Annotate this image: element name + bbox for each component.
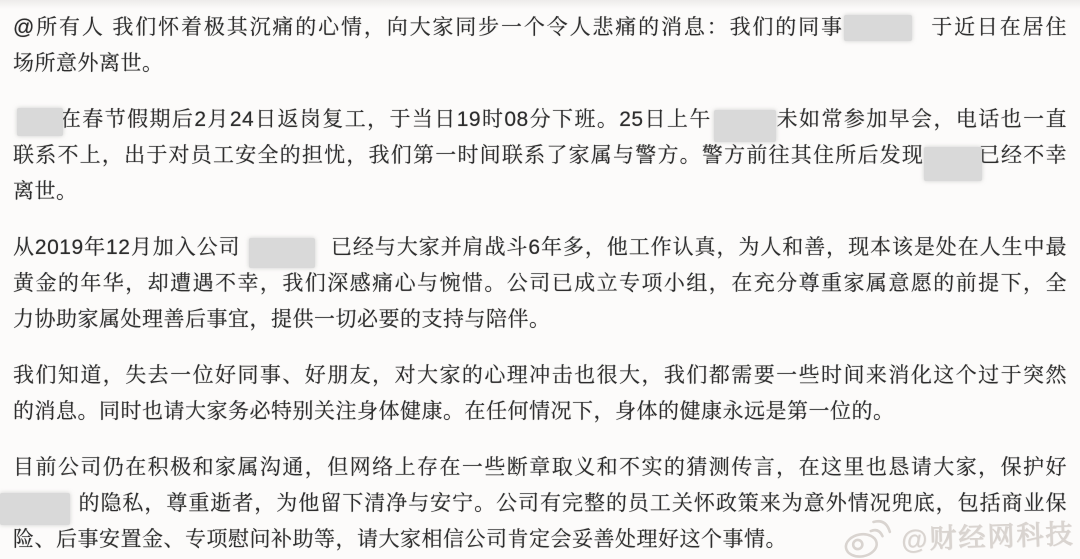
text-line: 场所意外离世。 — [13, 46, 1067, 82]
text-run: 的隐私，尊重逝者，为他留下清净与安宁。公司有完整的员工关怀政策来为意外情况兜底，… — [78, 492, 1067, 515]
paragraph: 从2019年12月加入公司已经与大家并肩战斗6年多，他工作认真，为人和善，现本该… — [13, 230, 1067, 338]
text-run: 未如常参加早会，电话也一直 — [776, 108, 1067, 131]
paragraph: 在春节假期后2月24日返岗复工，于当日19时08分下班。25日上午未如常参加早会… — [13, 102, 1067, 210]
text-run: 的消息。同时也请大家务必特别关注身体健康。在任何情况下，身体的健康永远是第一位的… — [13, 400, 895, 423]
redaction-box — [844, 15, 912, 41]
document-body: @所有人 我们怀着极其沉痛的心情，向大家同步一个令人悲痛的消息：我们的同事于近日… — [0, 0, 1080, 558]
text-run: 离世。 — [13, 180, 78, 203]
text-line: 在春节假期后2月24日返岗复工，于当日19时08分下班。25日上午未如常参加早会… — [13, 102, 1067, 138]
text-line: 从2019年12月加入公司已经与大家并肩战斗6年多，他工作认真，为人和善，现本该… — [13, 230, 1067, 266]
text-line: 目前公司仍在积极和家属沟通，但网络上存在一些断章取义和不实的猜测传言，在这里也恳… — [13, 450, 1067, 486]
text-run: 已经不幸 — [978, 144, 1067, 167]
text-run: 在春节假期后2月24日返岗复工，于当日19时08分下班。25日上午 — [59, 108, 712, 131]
text-line: 力协助家属处理善后事宜，提供一切必要的支持与陪伴。 — [13, 302, 1067, 338]
text-line: 联系不上，出于对员工安全的担忧，我们第一时间联系了家属与警方。警方前往其住所后发… — [13, 138, 1067, 174]
text-run: 目前公司仍在积极和家属沟通，但网络上存在一些断章取义和不实的猜测传言，在这里也恳… — [13, 456, 1067, 479]
text-run: 险、后事安置金、专项慰问补助等，请大家相信公司肯定会妥善处理好这个事情。 — [13, 528, 787, 551]
text-line: 险、后事安置金、专项慰问补助等，请大家相信公司肯定会妥善处理好这个事情。 — [13, 522, 1067, 558]
text-run: 黄金的年华，却遭遇不幸，我们深感痛心与惋惜。公司已成立专项小组，在充分尊重家属意… — [13, 272, 1067, 295]
text-run: 已经与大家并肩战斗6年多，他工作认真，为人和善，现本该是处在人生中最 — [331, 236, 1068, 259]
text-run: @所有人 我们怀着极其沉痛的心情，向大家同步一个令人悲痛的消息：我们的同事 — [13, 16, 844, 39]
text-line: 的消息。同时也请大家务必特别关注身体健康。在任何情况下，身体的健康永远是第一位的… — [13, 394, 1067, 430]
redaction-box — [924, 147, 982, 181]
screenshot-root: { "page": { "width": 1080, "height": 559… — [0, 0, 1080, 559]
text-run: 从2019年12月加入公司 — [13, 236, 241, 259]
text-run: 场所意外离世。 — [13, 52, 164, 75]
redaction-box — [714, 110, 776, 142]
text-run: 力协助家属处理善后事宜，提供一切必要的支持与陪伴。 — [13, 308, 551, 331]
redaction-box — [249, 238, 315, 268]
text-run: 联系不上，出于对员工安全的担忧，我们第一时间联系了家属与警方。警方前往其住所后发… — [13, 144, 924, 167]
text-run: 于近日在居住 — [930, 16, 1067, 39]
paragraph: @所有人 我们怀着极其沉痛的心情，向大家同步一个令人悲痛的消息：我们的同事于近日… — [13, 10, 1067, 82]
redaction-box — [0, 493, 70, 525]
text-line: 的隐私，尊重逝者，为他留下清净与安宁。公司有完整的员工关怀政策来为意外情况兜底，… — [13, 486, 1067, 522]
text-run: 我们知道，失去一位好同事、好朋友，对大家的心理冲击也很大，我们都需要一些时间来消… — [13, 364, 1067, 387]
paragraph: 目前公司仍在积极和家属沟通，但网络上存在一些断章取义和不实的猜测传言，在这里也恳… — [13, 450, 1067, 558]
paragraph: 我们知道，失去一位好同事、好朋友，对大家的心理冲击也很大，我们都需要一些时间来消… — [13, 358, 1067, 430]
text-line: 离世。 — [13, 174, 1067, 210]
text-line: @所有人 我们怀着极其沉痛的心情，向大家同步一个令人悲痛的消息：我们的同事于近日… — [13, 10, 1067, 46]
redaction-box — [17, 108, 63, 136]
text-line: 我们知道，失去一位好同事、好朋友，对大家的心理冲击也很大，我们都需要一些时间来消… — [13, 358, 1067, 394]
text-line: 黄金的年华，却遭遇不幸，我们深感痛心与惋惜。公司已成立专项小组，在充分尊重家属意… — [13, 266, 1067, 302]
